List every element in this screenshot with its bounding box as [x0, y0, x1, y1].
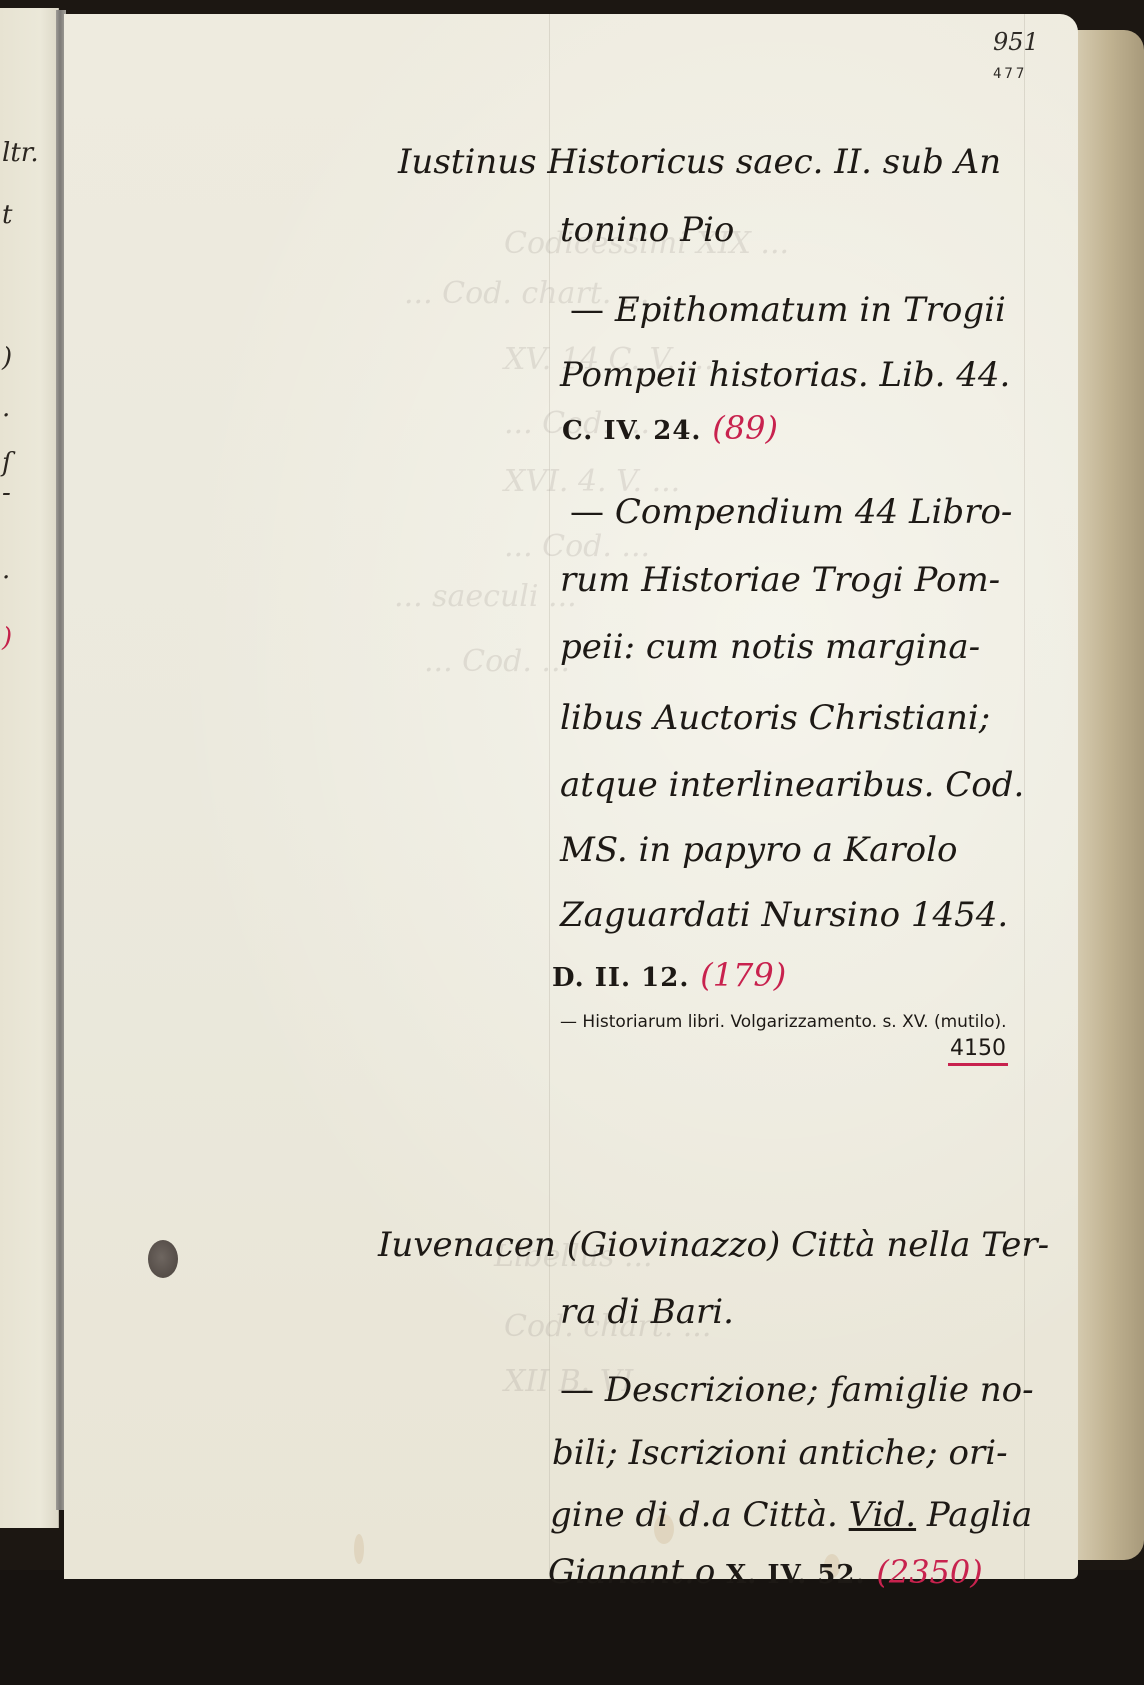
left-page-fragment: t: [2, 200, 12, 230]
left-page-fragment-red: ): [2, 623, 12, 653]
item-line: atque interlinearibus. Cod.: [560, 765, 1024, 805]
left-page-fragment: ltr.: [2, 138, 39, 168]
reference-name: Paglia: [927, 1495, 1032, 1535]
item-dash: —: [560, 1012, 577, 1032]
item-line: rum Historiae Trogi Pom-: [560, 560, 1000, 600]
shelfmark-line: D. II. 12. (179): [552, 955, 786, 995]
item-line: Zaguardati Nursino 1454.: [560, 895, 1008, 935]
later-note-number: 4150: [948, 1036, 1008, 1066]
item-line: — Descrizione; famiglie no-: [560, 1370, 1034, 1410]
catalog-number-red: (2350): [876, 1553, 982, 1591]
shelfmark-line: C. IV. 24. (89): [562, 408, 778, 448]
item-text: gine di d.a Città.: [550, 1495, 838, 1535]
left-page-fragment: .: [2, 393, 10, 423]
item-line: MS. in papyro a Karolo: [560, 830, 957, 870]
item-text: Descrizione; famiglie no-: [605, 1370, 1034, 1410]
item-text: Epithomatum in Trogii: [615, 290, 1006, 330]
folio-number-upper: 951: [993, 28, 1039, 56]
item-line: libus Auctoris Christiani;: [560, 698, 990, 738]
item-dash: —: [560, 1370, 594, 1410]
item-line: gine di d.a Città. Vid. Paglia: [550, 1495, 1032, 1535]
item-line: — Compendium 44 Libro-: [570, 492, 1012, 532]
paper-stain: [354, 1534, 364, 1564]
item-line: peii: cum notis margina-: [560, 627, 980, 667]
bleed-through-text: ... saeculi ...: [394, 579, 577, 614]
bleed-through-text: ... Cod. ...: [504, 529, 650, 564]
left-page-fragment: -: [2, 478, 11, 508]
bleed-through-text: ... Cod. ...: [424, 644, 570, 679]
entry-heading-line: Iuvenacen (Giovinazzo) Città nella Ter-: [378, 1225, 1049, 1265]
later-note-text: Historiarum libri. Volgarizzamento. s. X…: [582, 1012, 1006, 1032]
catalog-number-red: (89): [712, 409, 778, 447]
shelfmark: X. IV. 52.: [726, 1560, 865, 1590]
item-line: — Epithomatum in Trogii: [570, 290, 1006, 330]
folio-number-lower: 477: [993, 66, 1027, 82]
paper-hole: [148, 1240, 178, 1278]
item-text: Compendium 44 Libro-: [615, 492, 1013, 532]
reference-prefix: Vid.: [849, 1495, 916, 1535]
left-page-fragment: ſ: [2, 448, 12, 478]
item-line: bili; Iscrizioni antiche; ori-: [552, 1433, 1008, 1473]
later-note: — Historiarum libri. Volgarizzamento. s.…: [560, 1012, 1007, 1032]
left-page-fragment: ·: [2, 563, 10, 593]
shelfmark-line: Gianant.o X. IV. 52. (2350): [548, 1552, 983, 1592]
shelfmark: C. IV. 24.: [562, 416, 701, 446]
item-dash: —: [570, 492, 604, 532]
left-page-fragment: ): [2, 343, 12, 373]
item-text: Gianant.o: [548, 1552, 715, 1592]
left-page-edge: ltr. t ) . ſ - · ): [0, 8, 59, 1528]
item-line: Pompeii historias. Lib. 44.: [560, 355, 1010, 395]
entry-heading-line: tonino Pio: [560, 210, 734, 250]
entry-heading-line: ra di Bari.: [560, 1292, 734, 1332]
catalog-number-red: (179): [700, 956, 786, 994]
shelfmark: D. II. 12.: [552, 963, 689, 993]
item-dash: —: [570, 290, 604, 330]
entry-heading-line: Iustinus Historicus saec. II. sub An: [398, 142, 1001, 182]
